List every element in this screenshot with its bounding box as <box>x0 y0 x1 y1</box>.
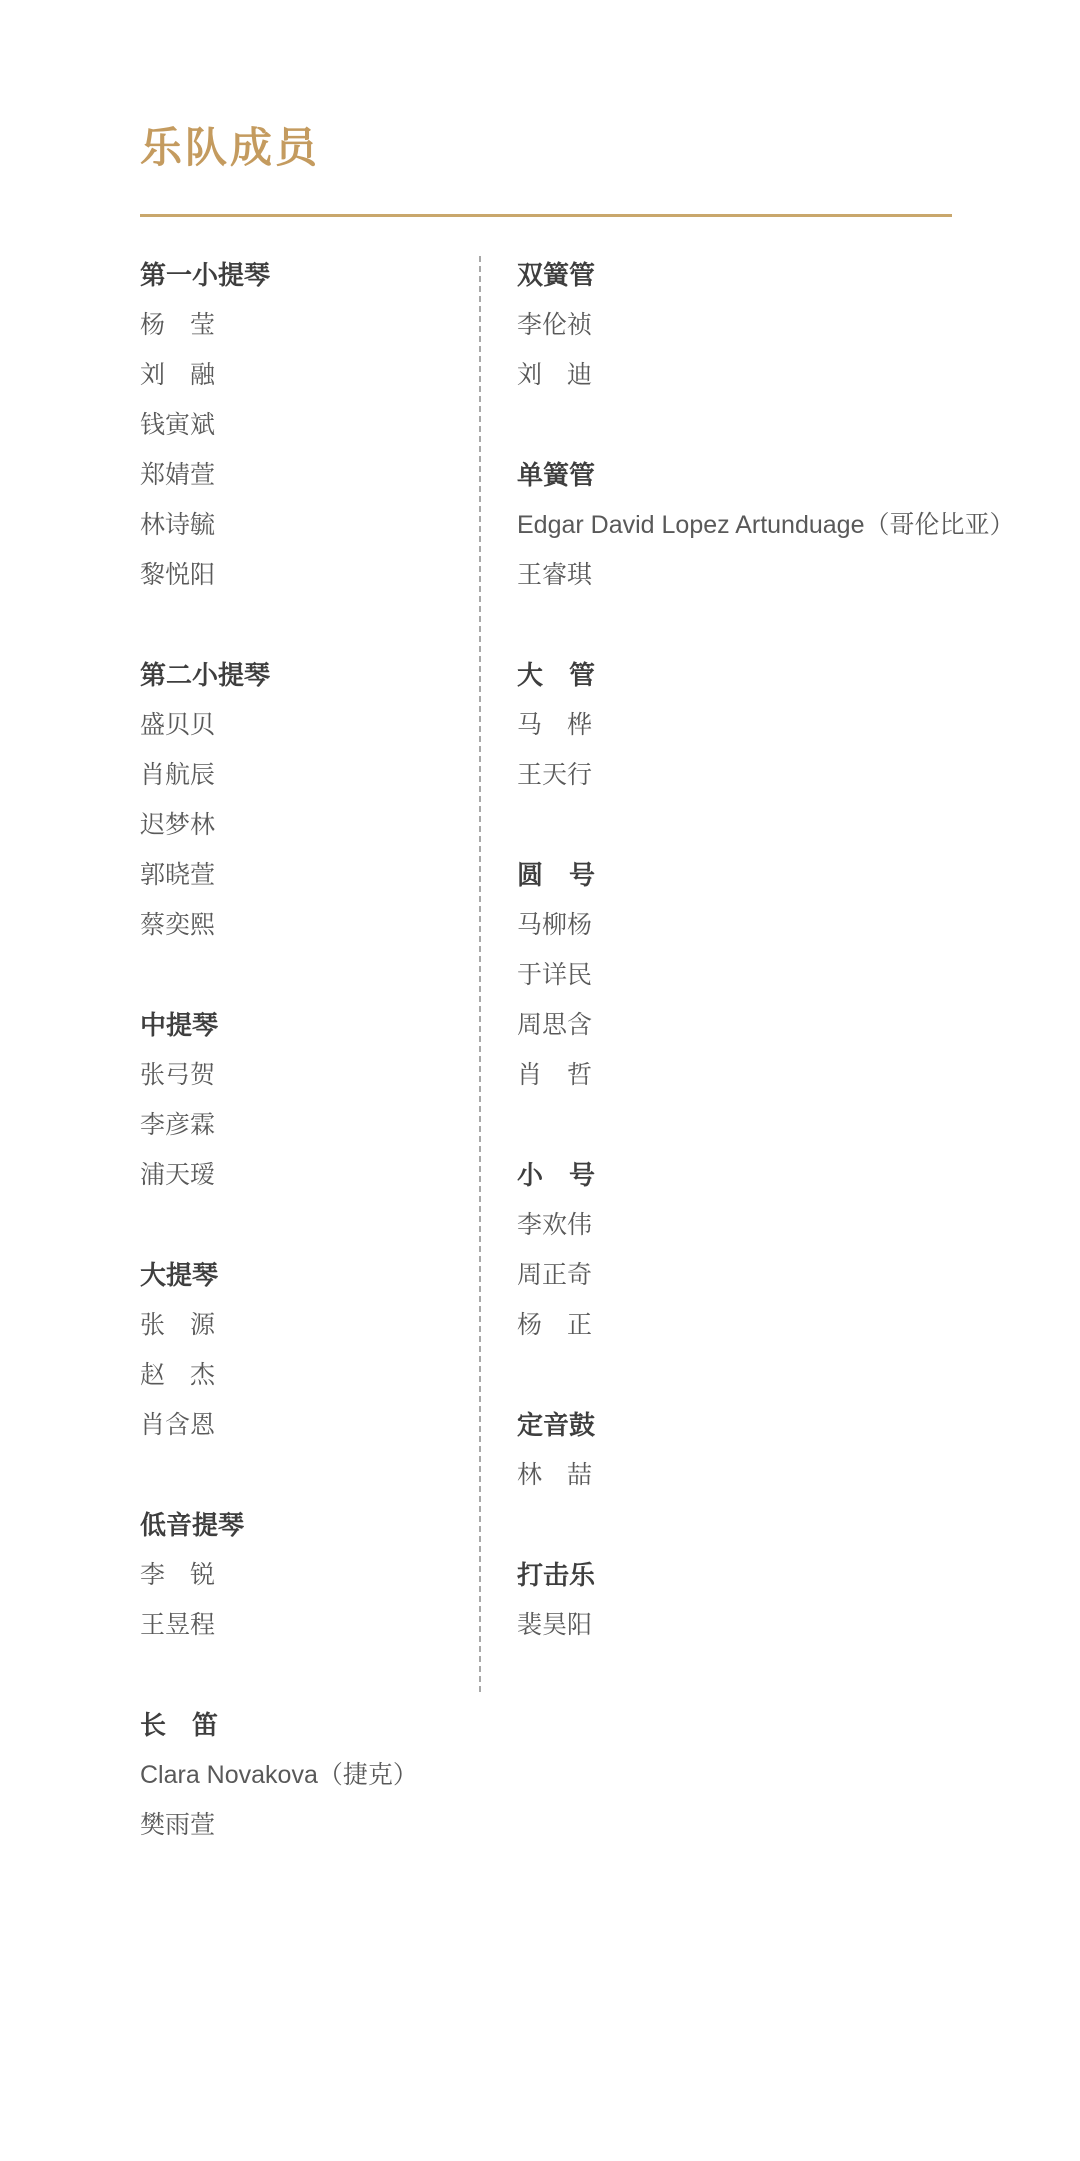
instrument-header: 打击乐 <box>517 1550 1037 1600</box>
member-name: 黎悦阳 <box>140 550 470 600</box>
member-name: 迟梦林 <box>140 800 470 850</box>
member-name: 裴昊阳 <box>517 1600 1037 1650</box>
page-title: 乐队成员 <box>140 122 320 174</box>
member-name: 林诗毓 <box>140 500 470 550</box>
member-name: 盛贝贝 <box>140 700 470 750</box>
member-name: 樊雨萱 <box>140 1800 470 1850</box>
instrument-section: 定音鼓林 喆 <box>517 1400 1037 1500</box>
member-name: 周正奇 <box>517 1250 1037 1300</box>
instrument-section: 低音提琴李 锐王昱程 <box>140 1500 470 1650</box>
instrument-header: 大提琴 <box>140 1250 470 1300</box>
member-name: 李欢伟 <box>517 1200 1037 1250</box>
title-rule <box>140 214 952 217</box>
member-name: 张弓贺 <box>140 1050 470 1100</box>
instrument-header: 双簧管 <box>517 250 1037 300</box>
member-name: Edgar David Lopez Artunduage（哥伦比亚） <box>517 500 1037 550</box>
member-name: 肖含恩 <box>140 1400 470 1450</box>
instrument-section: 圆 号马柳杨于详民周思含肖 哲 <box>517 850 1037 1100</box>
member-name: 李 锐 <box>140 1550 470 1600</box>
member-column: 双簧管李伦祯刘 迪单簧管Edgar David Lopez Artunduage… <box>517 250 1037 1650</box>
member-name: 肖 哲 <box>517 1050 1037 1100</box>
member-name: 蔡奕熙 <box>140 900 470 950</box>
member-name: 周思含 <box>517 1000 1037 1050</box>
column-divider <box>479 256 481 1692</box>
member-name: 刘 迪 <box>517 350 1037 400</box>
instrument-section: 小 号李欢伟周正奇杨 正 <box>517 1150 1037 1350</box>
instrument-header: 大 管 <box>517 650 1037 700</box>
instrument-section: 中提琴张弓贺李彦霖浦天瑷 <box>140 1000 470 1200</box>
instrument-section: 打击乐裴昊阳 <box>517 1550 1037 1650</box>
instrument-section: 大提琴张 源赵 杰肖含恩 <box>140 1250 470 1450</box>
member-name: 王昱程 <box>140 1600 470 1650</box>
member-name: 郑婧萱 <box>140 450 470 500</box>
member-name: 李彦霖 <box>140 1100 470 1150</box>
instrument-header: 第二小提琴 <box>140 650 470 700</box>
member-name: 刘 融 <box>140 350 470 400</box>
instrument-section: 双簧管李伦祯刘 迪 <box>517 250 1037 400</box>
member-name: 杨 正 <box>517 1300 1037 1350</box>
instrument-section: 单簧管Edgar David Lopez Artunduage（哥伦比亚）王睿琪 <box>517 450 1037 600</box>
member-name: 赵 杰 <box>140 1350 470 1400</box>
member-name: Clara Novakova（捷克） <box>140 1750 470 1800</box>
instrument-header: 中提琴 <box>140 1000 470 1050</box>
member-name: 马柳杨 <box>517 900 1037 950</box>
member-name: 杨 莹 <box>140 300 470 350</box>
instrument-section: 大 管马 桦王天行 <box>517 650 1037 800</box>
instrument-header: 长 笛 <box>140 1700 470 1750</box>
instrument-section: 长 笛Clara Novakova（捷克）樊雨萱 <box>140 1700 470 1850</box>
member-name: 马 桦 <box>517 700 1037 750</box>
member-name: 肖航辰 <box>140 750 470 800</box>
member-name: 浦天瑷 <box>140 1150 470 1200</box>
member-name: 王睿琪 <box>517 550 1037 600</box>
instrument-header: 单簧管 <box>517 450 1037 500</box>
member-name: 于详民 <box>517 950 1037 1000</box>
document-page: 乐队成员 第一小提琴杨 莹刘 融钱寅斌郑婧萱林诗毓黎悦阳第二小提琴盛贝贝肖航辰迟… <box>0 0 1080 2161</box>
member-name: 林 喆 <box>517 1450 1037 1500</box>
instrument-section: 第二小提琴盛贝贝肖航辰迟梦林郭晓萱蔡奕熙 <box>140 650 470 950</box>
member-name: 李伦祯 <box>517 300 1037 350</box>
instrument-header: 小 号 <box>517 1150 1037 1200</box>
member-name: 郭晓萱 <box>140 850 470 900</box>
instrument-header: 圆 号 <box>517 850 1037 900</box>
instrument-section: 第一小提琴杨 莹刘 融钱寅斌郑婧萱林诗毓黎悦阳 <box>140 250 470 600</box>
member-name: 张 源 <box>140 1300 470 1350</box>
instrument-header: 第一小提琴 <box>140 250 470 300</box>
member-column: 第一小提琴杨 莹刘 融钱寅斌郑婧萱林诗毓黎悦阳第二小提琴盛贝贝肖航辰迟梦林郭晓萱… <box>140 250 470 1850</box>
instrument-header: 低音提琴 <box>140 1500 470 1550</box>
member-name: 钱寅斌 <box>140 400 470 450</box>
member-name: 王天行 <box>517 750 1037 800</box>
instrument-header: 定音鼓 <box>517 1400 1037 1450</box>
